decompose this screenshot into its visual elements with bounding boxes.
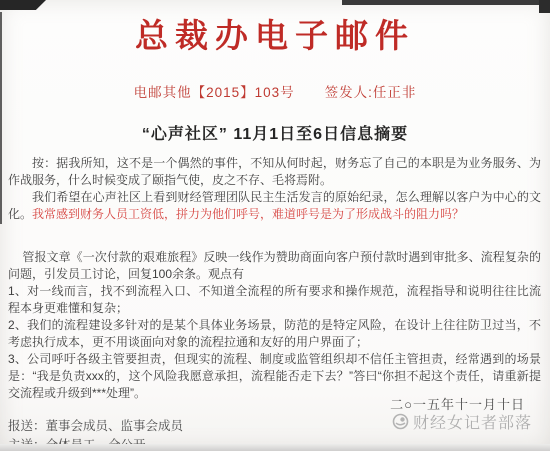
paragraph-hope: 我们希望在心声社区上看到财经管理团队民主生活发言的原始纪录，怎么理解以客户为中心… [8,189,541,223]
doc-subject: “心声社区” 11月1日至6日信息摘要 [0,121,550,144]
scan-artifact-bottom-strip [0,444,550,451]
doc-issuer: 签发人:任正非 [325,85,417,100]
doc-title: 总裁办电子邮件 [0,10,550,57]
doc-number: 电邮其他【2015】103号 [134,85,295,100]
doc-meta-line: 电邮其他【2015】103号签发人:任正非 [0,81,550,101]
watermark-logo-icon [392,413,409,430]
scan-artifact-left-edge [0,12,2,224]
document-page: 总裁办电子邮件 电邮其他【2015】103号签发人:任正非 “心声社区” 11月… [0,0,550,451]
paragraph-intro: 按：据我所知，这不是一个偶然的事件，不知从何时起，财务忘了自己的本职是为业务服务… [8,155,541,189]
section-gap [8,223,541,249]
scan-artifact-top-left [0,0,46,10]
doc-body: 按：据我所知，这不是一个偶然的事件，不知从何时起，财务忘了自己的本职是为业务服务… [0,155,550,402]
watermark-label: 财经女记者部落 [413,410,532,433]
scan-artifact-corner [539,0,550,13]
list-item-2: 2、我们的流程建设多针对的是某个具体业务场景，防范的是特定风险，在设计上往往防卫… [8,317,541,351]
paragraph-article: 管报文章《一次付款的艰难旅程》反映一线作为赞助商面向客户预付款时遇到审批多、流程… [8,249,541,283]
list-item-1: 1、对一线而言，找不到流程入口、不知道全流程的所有要求和操作规范，流程指导和说明… [8,283,541,317]
scan-artifact-top-right [342,0,550,5]
report-to-line: 报送：董事会成员、监事会成员 [8,418,183,434]
watermark: 财经女记者部落 [392,410,532,433]
paragraph-hope-red-highlight: 我常感到财务人员工资低，拼力为他们呼号，难道呼号是为了形成战斗的阻力吗？ [32,207,464,221]
